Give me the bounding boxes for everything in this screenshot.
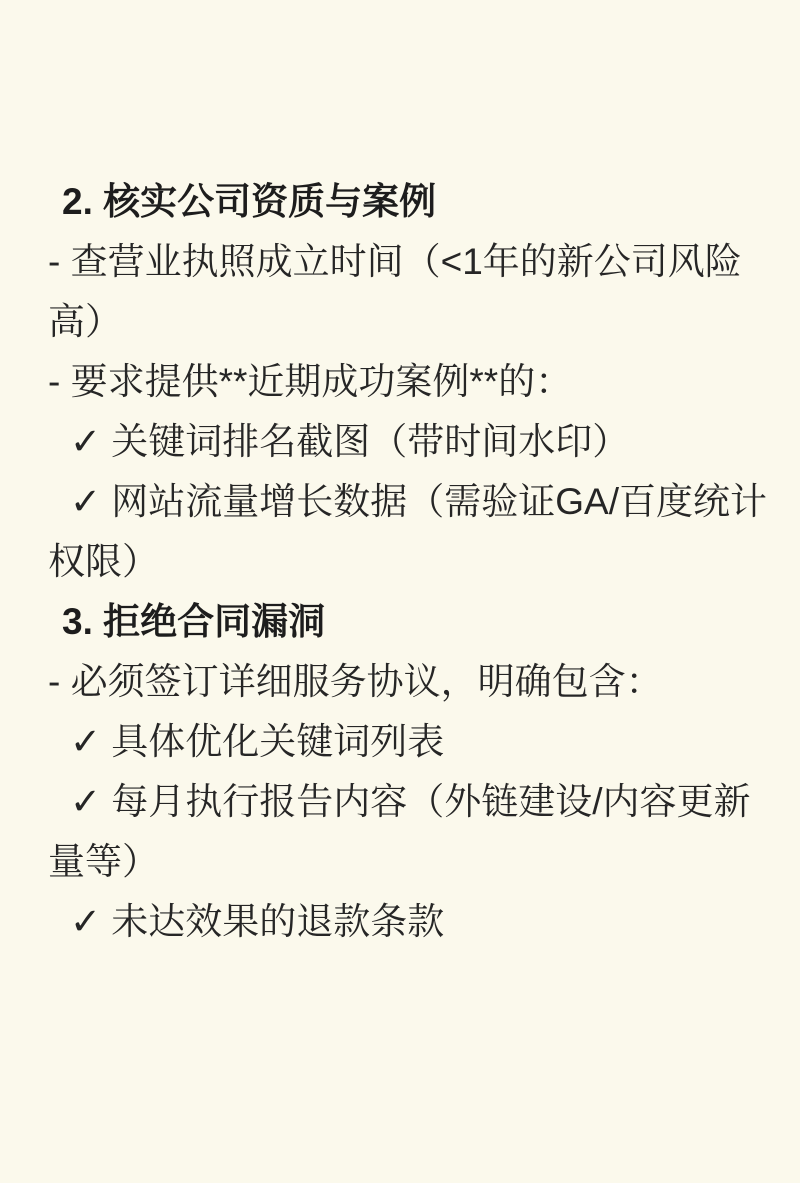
note-content: 2. 核实公司资质与案例 - 查营业执照成立时间（<1年的新公司风险 高） - … <box>48 172 764 952</box>
section-heading-verify-credentials: 2. 核实公司资质与案例 <box>48 172 764 232</box>
checklist-item-refund-terms: ✓ 未达效果的退款条款 <box>48 892 764 952</box>
section-heading-reject-contract-loopholes: 3. 拒绝合同漏洞 <box>48 592 764 652</box>
checklist-item-monthly-report-wrap: 量等） <box>48 832 764 892</box>
note-line-check-license-wrap: 高） <box>48 292 764 352</box>
note-line-request-cases: - 要求提供**近期成功案例**的： <box>48 352 764 412</box>
checklist-item-keyword-list: ✓ 具体优化关键词列表 <box>48 712 764 772</box>
note-line-sign-agreement: - 必须签订详细服务协议，明确包含： <box>48 652 764 712</box>
note-line-check-license: - 查营业执照成立时间（<1年的新公司风险 <box>48 232 764 292</box>
checklist-item-ranking-screenshot: ✓ 关键词排名截图（带时间水印） <box>48 412 764 472</box>
checklist-item-monthly-report: ✓ 每月执行报告内容（外链建设/内容更新 <box>48 772 764 832</box>
note-page: { "page": { "background_color": "#FBF9EC… <box>0 0 800 1183</box>
checklist-item-traffic-data-wrap: 权限） <box>48 532 764 592</box>
checklist-item-traffic-data: ✓ 网站流量增长数据（需验证GA/百度统计 <box>48 472 764 532</box>
